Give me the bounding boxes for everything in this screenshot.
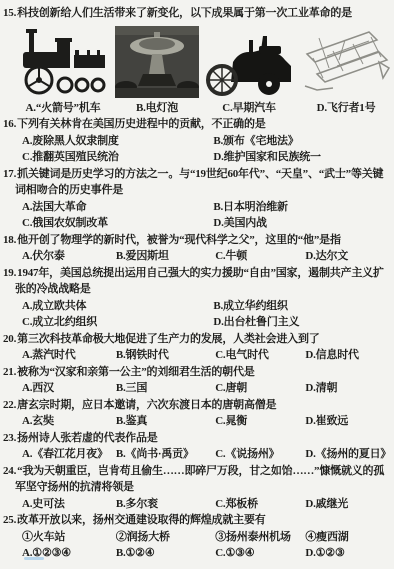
options-row: A.西汉B.三国C.唐朝D.清朝 (3, 380, 390, 397)
figure-caption: B.电灯泡 (136, 100, 178, 117)
option-A: A.伏尔泰 (22, 248, 116, 265)
question-20: 20.第三次科技革命极大地促进了生产力的发展，人类社会进入到了A.蒸汽时代B.钢… (3, 331, 390, 364)
question-number: 19. (3, 267, 17, 279)
option-B: B.钢铁时代 (116, 347, 215, 364)
option-C: C.唐朝 (215, 380, 305, 397)
option-D: D.戚继光 (305, 496, 390, 513)
option-A: A.法国大革命 (22, 199, 213, 216)
option-B: B.多尔衮 (116, 496, 215, 513)
early-car-image (205, 28, 293, 98)
question-stem: 19.1947年，美国总统提出运用自己强大的实力援助“自由”国家，遏制共产主义扩… (3, 265, 390, 298)
option-figure: C.早期汽车 (205, 28, 293, 117)
question-21: 21.被称为“汉家和亲第一公主”的刘细君生活的朝代是A.西汉B.三国C.唐朝D.… (3, 364, 390, 397)
question-16: 16.下列有关林肯在美国历史进程中的贡献，不正确的是A.废除黑人奴隶制度B.颁布… (3, 116, 390, 166)
question-number: 16. (3, 118, 17, 130)
question-stem: 23.扬州诗人张若虚的代表作品是 (3, 430, 390, 447)
options-row: A.《春江花月夜》B.《尚书·禹贡》C.《说扬州》D.《扬州的夏日》 (3, 446, 390, 463)
question-25: 25.改革开放以来，扬州交通建设取得的辉煌成就主要有①火车站②润扬大桥③扬州泰州… (3, 512, 390, 562)
question-23: 23.扬州诗人张若虚的代表作品是A.《春江花月夜》B.《尚书·禹贡》C.《说扬州… (3, 430, 390, 463)
question-number: 22. (3, 399, 17, 411)
list-item: ①火车站 (22, 529, 116, 546)
item-row: ①火车站②润扬大桥③扬州泰州机场④瘦西湖 (3, 529, 390, 546)
option-B: B.鉴真 (116, 413, 215, 430)
option-B: B.①②④ (116, 545, 215, 562)
locomotive-image (17, 28, 109, 98)
option-B: B.《尚书·禹贡》 (116, 446, 215, 463)
option-A: A.废除黑人奴隶制度 (22, 133, 213, 150)
option-C: C.俄国农奴制改革 (22, 215, 213, 232)
flyer-1-image (299, 28, 393, 98)
question-stem: 18.他开创了物理学的新时代，被誉为“现代科学之父”，这里的“他”是指 (3, 232, 390, 249)
options-row: A.成立欧共体B.成立华约组织C.成立北约组织D.出台杜鲁门主义 (3, 298, 390, 331)
question-number: 15. (3, 7, 17, 19)
option-figure: D.飞行者1号 (299, 28, 393, 117)
question-17: 17.抓关键词是历史学习的方法之一。与“19世纪60年代”、“天皇”、“武士”等… (3, 166, 390, 232)
list-item: ②润扬大桥 (116, 529, 215, 546)
option-D: D.信息时代 (305, 347, 390, 364)
exam-page: 15.科技创新给人们生活带来了新变化，以下成果属于第一次工业革命的是A.“火箭号… (0, 0, 394, 562)
question-list: 15.科技创新给人们生活带来了新变化，以下成果属于第一次工业革命的是A.“火箭号… (3, 5, 390, 562)
light-bulb-image (115, 26, 199, 98)
figure-caption: A.“火箭号”机车 (26, 100, 101, 117)
figure-caption: C.早期汽车 (222, 100, 276, 117)
question-number: 17. (3, 168, 17, 180)
option-A: A.蒸汽时代 (22, 347, 116, 364)
question-number: 18. (3, 234, 17, 246)
option-D: D.①②③ (305, 545, 390, 562)
question-stem: 22.唐玄宗时期，应日本邀请，六次东渡日本的唐朝高僧是 (3, 397, 390, 414)
option-D: D.清朝 (305, 380, 390, 397)
option-C: C.推翻英国殖民统治 (22, 149, 213, 166)
question-22: 22.唐玄宗时期，应日本邀请，六次东渡日本的唐朝高僧是A.玄奘B.鉴真C.晁衡D… (3, 397, 390, 430)
option-C: C.《说扬州》 (215, 446, 305, 463)
option-A: A.玄奘 (22, 413, 116, 430)
option-D: D.维护国家和民族统一 (213, 149, 390, 166)
question-number: 24. (3, 465, 17, 477)
options-row: A.玄奘B.鉴真C.晁衡D.崔致远 (3, 413, 390, 430)
question-stem: 20.第三次科技革命极大地促进了生产力的发展，人类社会进入到了 (3, 331, 390, 348)
options-row: A.伏尔泰B.爱因斯坦C.牛顿D.达尔文 (3, 248, 390, 265)
option-D: D.美国内战 (213, 215, 390, 232)
option-B: B.三国 (116, 380, 215, 397)
options-row: A.①②③④B.①②④C.①③④D.①②③ (3, 545, 390, 562)
question-stem: 24.“我为天朝重臣，岂肯苟且偷生……即碎尸万段，甘之如饴……”慷慨就义的孤军坚… (3, 463, 390, 496)
question-stem: 25.改革开放以来，扬州交通建设取得的辉煌成就主要有 (3, 512, 390, 529)
question-number: 20. (3, 333, 17, 345)
option-figure: B.电灯泡 (115, 26, 199, 117)
question-number: 23. (3, 432, 17, 444)
option-D: D.《扬州的夏日》 (305, 446, 390, 463)
options-row: A.蒸汽时代B.钢铁时代C.电气时代D.信息时代 (3, 347, 390, 364)
option-C: C.晁衡 (215, 413, 305, 430)
option-B: B.成立华约组织 (213, 298, 390, 315)
question-stem: 16.下列有关林肯在美国历史进程中的贡献，不正确的是 (3, 116, 390, 133)
question-stem: 17.抓关键词是历史学习的方法之一。与“19世纪60年代”、“天皇”、“武士”等… (3, 166, 390, 199)
figure-row: A.“火箭号”机车B.电灯泡C.早期汽车D.飞行者1号 (17, 26, 388, 117)
option-B: B.颁布《宅地法》 (213, 133, 390, 150)
option-D: D.出台杜鲁门主义 (213, 314, 390, 331)
option-D: D.崔致远 (305, 413, 390, 430)
question-stem: 15.科技创新给人们生活带来了新变化，以下成果属于第一次工业革命的是 (3, 5, 390, 22)
scan-artifact-mark (24, 557, 44, 560)
option-C: C.牛顿 (215, 248, 305, 265)
option-D: D.达尔文 (305, 248, 390, 265)
list-item: ④瘦西湖 (305, 529, 390, 546)
question-15: 15.科技创新给人们生活带来了新变化，以下成果属于第一次工业革命的是A.“火箭号… (3, 5, 390, 116)
option-A: A.西汉 (22, 380, 116, 397)
option-A: A.《春江花月夜》 (22, 446, 116, 463)
options-row: A.史可法B.多尔衮C.郑板桥D.戚继光 (3, 496, 390, 513)
question-24: 24.“我为天朝重臣，岂肯苟且偷生……即碎尸万段，甘之如饴……”慷慨就义的孤军坚… (3, 463, 390, 513)
list-item: ③扬州泰州机场 (215, 529, 305, 546)
option-B: B.日本明治维新 (213, 199, 390, 216)
question-18: 18.他开创了物理学的新时代，被誉为“现代科学之父”，这里的“他”是指A.伏尔泰… (3, 232, 390, 265)
question-19: 19.1947年，美国总统提出运用自己强大的实力援助“自由”国家，遏制共产主义扩… (3, 265, 390, 331)
option-B: B.爱因斯坦 (116, 248, 215, 265)
option-A: A.成立欧共体 (22, 298, 213, 315)
options-row: A.法国大革命B.日本明治维新C.俄国农奴制改革D.美国内战 (3, 199, 390, 232)
options-row: A.废除黑人奴隶制度B.颁布《宅地法》C.推翻英国殖民统治D.维护国家和民族统一 (3, 133, 390, 166)
option-C: C.郑板桥 (215, 496, 305, 513)
option-C: C.①③④ (215, 545, 305, 562)
option-figure: A.“火箭号”机车 (17, 28, 109, 117)
option-C: C.成立北约组织 (22, 314, 213, 331)
question-number: 21. (3, 366, 17, 378)
option-C: C.电气时代 (215, 347, 305, 364)
option-A: A.史可法 (22, 496, 116, 513)
figure-caption: D.飞行者1号 (317, 100, 376, 117)
question-stem: 21.被称为“汉家和亲第一公主”的刘细君生活的朝代是 (3, 364, 390, 381)
question-number: 25. (3, 514, 17, 526)
